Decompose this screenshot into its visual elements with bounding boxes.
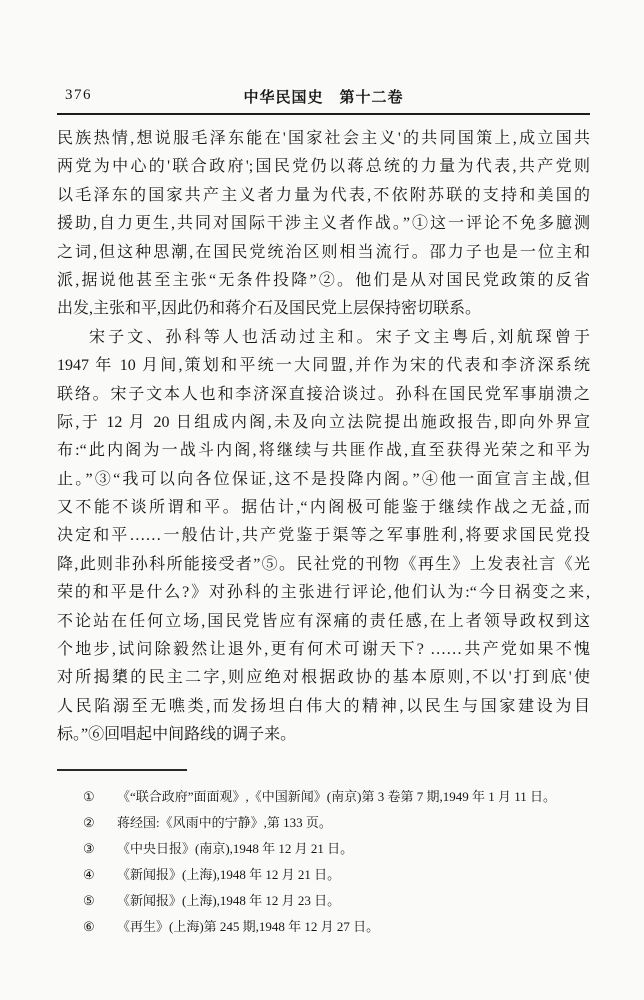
text-line: 1947 年 10 月间,策划和平统一大同盟,并作为宋的代表和李济深系统 bbox=[57, 352, 590, 380]
footnote-text: 《新闻报》(上海),1948 年 12 月 23 日。 bbox=[117, 888, 340, 914]
text-line: 之词,但这种思潮,在国民党统治区则相当流行。邵力子也是一位主和 bbox=[57, 239, 590, 267]
text-line: 降,此则非孙科所能接受者”⑤。民社党的刊物《再生》上发表社言《光 bbox=[57, 551, 590, 579]
text-line: 出发,主张和平,因此仍和蒋介石及国民党上层保持密切联系。 bbox=[57, 295, 590, 323]
footnote-text: 《新闻报》(上海),1948 年 12 月 21 日。 bbox=[117, 862, 340, 888]
footnote-text: 蒋经国:《风雨中的宁静》,第 133 页。 bbox=[117, 810, 332, 836]
footnote-item: ⑤ 《新闻报》(上海),1948 年 12 月 23 日。 bbox=[57, 888, 617, 914]
header-rule bbox=[57, 113, 590, 115]
text-line: 决定和平……一般估计,共产党鉴于渠等之军事胜利,将要求国民党投 bbox=[57, 522, 590, 550]
text-line: 标。”⑥回唱起中间路线的调子来。 bbox=[57, 721, 590, 749]
footnote-text: 《再生》(上海)第 245 期,1948 年 12 月 27 日。 bbox=[117, 914, 379, 940]
footnote-separator-rule bbox=[57, 769, 187, 771]
footnote-item: ④ 《新闻报》(上海),1948 年 12 月 21 日。 bbox=[57, 862, 617, 888]
footnote-marker: ④ bbox=[83, 862, 98, 888]
body-text: 民族热情,想说服毛泽东能在'国家社会主义'的共同国策上,成立国共两党为中心的'联… bbox=[57, 125, 590, 750]
footnote-text: 《中央日报》(南京),1948 年 12 月 21 日。 bbox=[117, 836, 353, 862]
text-line: 止。”③“我可以向各位保证,这不是投降内阁。”④他一面宣言主战,但 bbox=[57, 466, 590, 494]
footnote-item: ③ 《中央日报》(南京),1948 年 12 月 21 日。 bbox=[57, 836, 617, 862]
footnote-marker: ① bbox=[83, 784, 98, 810]
footnotes-section: ① 《“联合政府”面面观》,《中国新闻》(南京)第 3 卷第 7 期,1949 … bbox=[57, 784, 617, 940]
footnote-marker: ⑤ bbox=[83, 888, 98, 914]
running-title: 中华民国史 第十二卷 bbox=[57, 86, 590, 107]
book-page: 376 中华民国史 第十二卷 民族热情,想说服毛泽东能在'国家社会主义'的共同国… bbox=[0, 0, 644, 1000]
text-line: 援助,自力更生,共同对国际干涉主义者作战。”①这一评论不免多臆测 bbox=[57, 210, 590, 238]
text-line: 荣的和平是什么?》对孙科的主张进行评论,他们认为:“今日祸变之来, bbox=[57, 579, 590, 607]
footnote-item: ① 《“联合政府”面面观》,《中国新闻》(南京)第 3 卷第 7 期,1949 … bbox=[57, 784, 617, 810]
text-line: 联络。宋子文本人也和李济深直接洽谈过。孙科在国民党军事崩溃之 bbox=[57, 381, 590, 409]
footnote-item: ⑥ 《再生》(上海)第 245 期,1948 年 12 月 27 日。 bbox=[57, 914, 617, 940]
text-line: 以毛泽东的国家共产主义者力量为代表,不依附苏联的支持和美国的 bbox=[57, 182, 590, 210]
text-line: 布:“此内阁为一战斗内阁,将继续与共匪作战,直至获得光荣之和平为 bbox=[57, 437, 590, 465]
text-line: 对所揭橥的民主二字,则应绝对根据政协的基本原则,不以'打到底'使 bbox=[57, 664, 590, 692]
text-line: 宋子文、孙科等人也活动过主和。宋子文主粤后,刘航琛曾于 bbox=[57, 324, 590, 352]
page-header: 376 中华民国史 第十二卷 bbox=[57, 86, 590, 106]
footnote-text: 《“联合政府”面面观》,《中国新闻》(南京)第 3 卷第 7 期,1949 年 … bbox=[117, 784, 556, 810]
text-line: 派,据说他甚至主张“无条件投降”②。他们是从对国民党政策的反省 bbox=[57, 267, 590, 295]
text-line: 民族热情,想说服毛泽东能在'国家社会主义'的共同国策上,成立国共 bbox=[57, 125, 590, 153]
text-line: 人民陷溺至无噍类,而发扬坦白伟大的精神,以民生与国家建设为目 bbox=[57, 693, 590, 721]
footnote-marker: ⑥ bbox=[83, 914, 98, 940]
text-line: 两党为中心的'联合政府';国民党仍以蒋总统的力量为代表,共产党则 bbox=[57, 153, 590, 181]
text-line: 不论站在任何立场,国民党皆应有深痛的责任感,在上者领导政权到这 bbox=[57, 608, 590, 636]
text-line: 际,于 12 月 20 日组成内阁,未及向立法院提出施政报告,即向外界宣 bbox=[57, 409, 590, 437]
text-line: 又不能不谈所谓和平。据估计,“内阁极可能鉴于继续作战之无益,而 bbox=[57, 494, 590, 522]
footnote-marker: ② bbox=[83, 810, 98, 836]
text-line: 个地步,试问除毅然让退外,更有何术可谢天下? ……共产党如果不愧 bbox=[57, 636, 590, 664]
footnote-item: ② 蒋经国:《风雨中的宁静》,第 133 页。 bbox=[57, 810, 617, 836]
footnote-marker: ③ bbox=[83, 836, 98, 862]
